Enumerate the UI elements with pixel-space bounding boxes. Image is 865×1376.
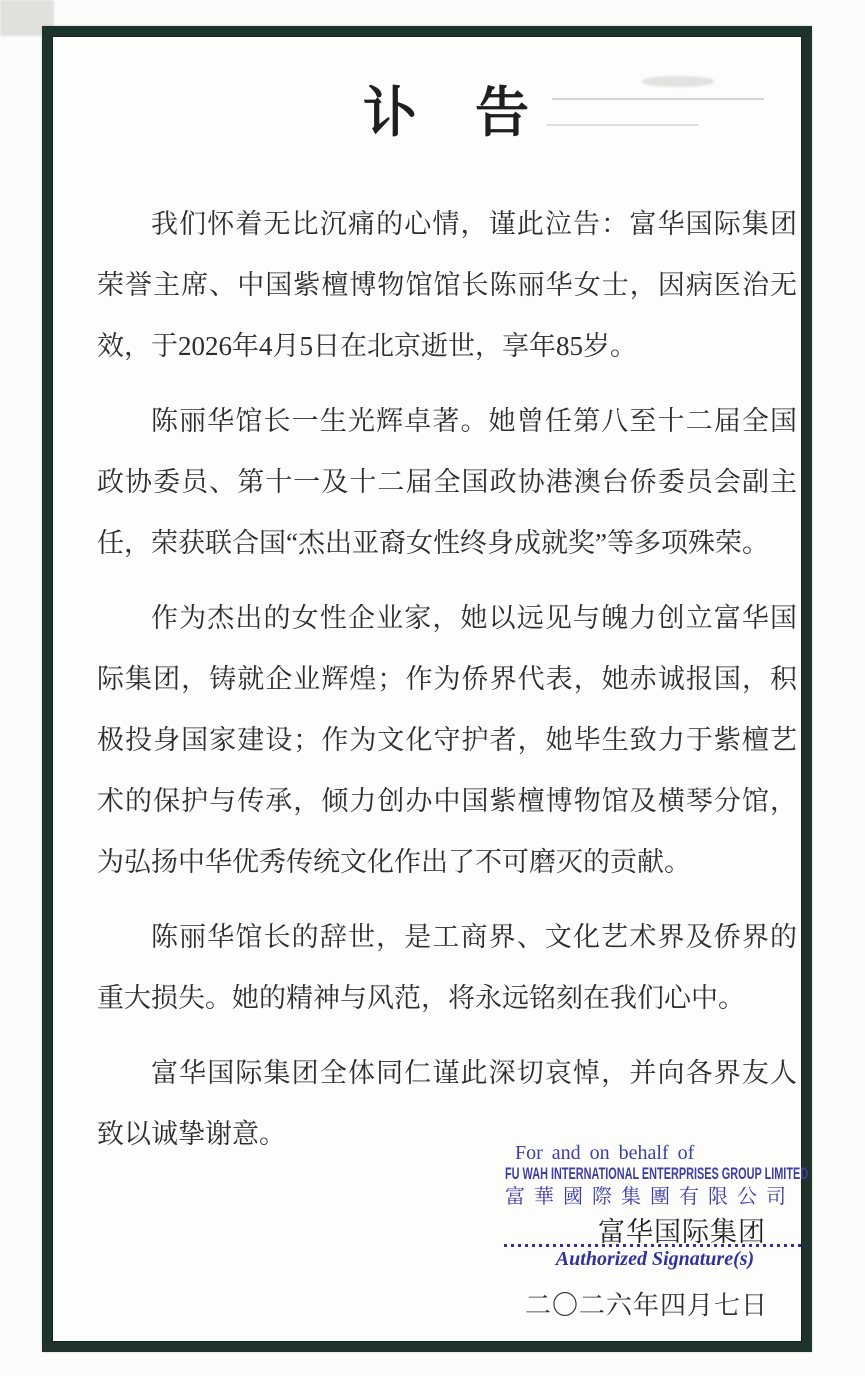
stamp-company-name-en-row: FU WAH INTERNATIONAL ENTERPRISES GROUP L…	[505, 1164, 805, 1184]
stamp-company-name-en: FU WAH INTERNATIONAL ENTERPRISES GROUP L…	[505, 1164, 808, 1184]
page-title: 讣 告	[97, 82, 797, 144]
obituary-paragraph: 我们怀着无比沉痛的心情，谨此泣告：富华国际集团荣誉主席、中国紫檀博物馆馆长陈丽华…	[97, 194, 797, 377]
stamp-english-intro: For and on behalf of	[515, 1142, 805, 1164]
authorized-signature-label: Authorized Signature(s)	[505, 1248, 805, 1271]
obituary-paragraph: 陈丽华馆长一生光辉卓著。她曾任第八至十二届全国政协委员、第十一及十二届全国政协港…	[97, 391, 797, 574]
stamp-company-name-zh: 富華國際集團有限公司	[505, 1185, 805, 1209]
obituary-date: 二〇二六年四月七日	[525, 1285, 768, 1322]
obituary-paragraph: 陈丽华馆长的辞世，是工商界、文化艺术界及侨界的重大损失。她的精神与风范，将永远铭…	[97, 907, 797, 1029]
obituary-paragraph: 作为杰出的女性企业家，她以远见与魄力创立富华国际集团，铸就企业辉煌；作为侨界代表…	[97, 588, 797, 893]
document-frame: 讣 告 我们怀着无比沉痛的心情，谨此泣告：富华国际集团荣誉主席、中国紫檀博物馆馆…	[42, 26, 812, 1352]
scan-artifact-blob	[642, 76, 714, 87]
scan-artifact-streak	[547, 124, 699, 126]
obituary-content: 讣 告 我们怀着无比沉痛的心情，谨此泣告：富华国际集团荣誉主席、中国紫檀博物馆馆…	[52, 36, 802, 1165]
scan-artifact-streak	[552, 98, 764, 100]
company-stamp: For and on behalf of FU WAH INTERNATIONA…	[505, 1142, 805, 1209]
signature-dotted-line	[504, 1244, 804, 1247]
document-page: 讣 告 我们怀着无比沉痛的心情，谨此泣告：富华国际集团荣誉主席、中国紫檀博物馆馆…	[0, 0, 865, 1376]
